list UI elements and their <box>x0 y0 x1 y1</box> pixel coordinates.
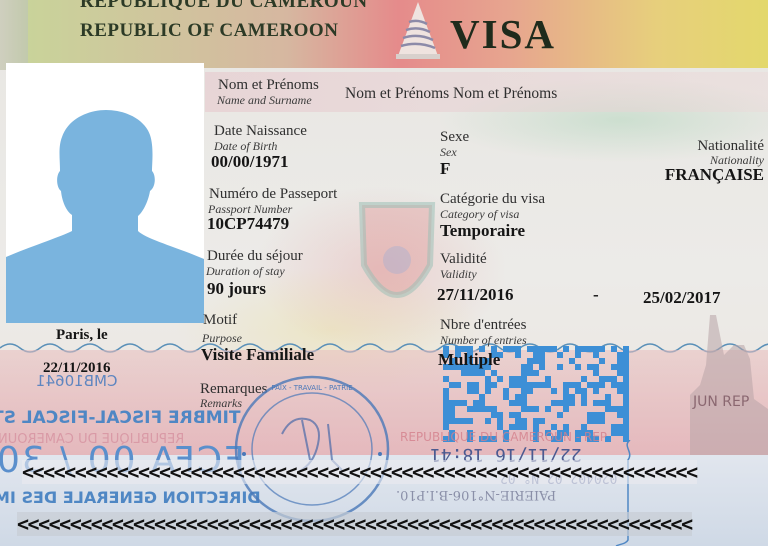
dob-label-en: Date of Birth <box>214 140 277 152</box>
fiscal-stamp-line3: DIRECTION GENERALE DES IM <box>0 488 261 507</box>
watermark-emblem-icon <box>352 185 442 335</box>
dob-label-fr: Date Naissance <box>214 124 307 139</box>
fiscal-stamp-line1: TIMBRE FISCAL-FISCAL ST <box>0 408 241 428</box>
name-value: Nom et Prénoms Nom et Prénoms <box>345 86 557 101</box>
visa-document: REPUBLIQUE DU CAMEROUN REPUBLIC OF CAMER… <box>0 0 768 546</box>
name-label-fr: Nom et Prénoms <box>218 78 319 93</box>
name-label-en: Name and Surname <box>217 94 312 106</box>
duration-label-en: Duration of stay <box>206 265 285 277</box>
duration-value: 90 jours <box>207 280 266 297</box>
category-label-en: Category of visa <box>440 208 519 220</box>
cameroon-emblem-icon <box>392 0 444 62</box>
validity-to: 25/02/2017 <box>643 289 720 306</box>
sex-value: F <box>440 160 450 177</box>
document-title: VISA <box>450 10 556 58</box>
country-name-en: REPUBLIC OF CAMEROON <box>80 20 338 42</box>
statue-overprint-text: JUN REP <box>693 394 749 410</box>
nationality-label-fr: Nationalité <box>697 139 764 154</box>
person-silhouette-icon <box>6 63 204 323</box>
mrz-line-2: <<<<<<<<<<<<<<<<<<<<<<<<<<<<<<<<<<<<<<<<… <box>17 512 692 536</box>
duration-label-fr: Durée du séjour <box>207 249 303 264</box>
passport-label-fr: Numéro de Passeport <box>209 187 337 202</box>
entries-label-en: Number of entries <box>440 334 527 346</box>
issue-place-label: Paris, le <box>56 327 108 344</box>
validity-from: 27/11/2016 <box>437 286 514 303</box>
official-seal-icon: PAIX - TRAVAIL - PATRIE <box>232 374 392 524</box>
reunification-monument-icon <box>690 305 768 455</box>
validity-label-fr: Validité <box>440 252 487 267</box>
purpose-label-fr: Motif <box>203 313 237 328</box>
fiscal-repeat-text: REPUBLIQUE DU CAMEROUN - REP <box>400 430 607 444</box>
entries-label-fr: Nbre d'entrées <box>440 318 526 333</box>
dob-value: 00/00/1971 <box>211 153 288 170</box>
mrz-line-1: <<<<<<<<<<<<<<<<<<<<<<<<<<<<<<<<<<<<<<<<… <box>22 460 697 484</box>
purpose-label-en: Purpose <box>202 332 242 344</box>
validity-label-en: Validity <box>440 268 477 280</box>
category-value: Temporaire <box>440 222 525 239</box>
fiscal-printer: PAIERIE-N°106-B.I.P10. <box>396 487 556 502</box>
country-name-fr: REPUBLIQUE DU CAMEROUN <box>80 0 368 13</box>
entries-value: Multiple <box>438 351 500 368</box>
sex-label-en: Sex <box>440 146 457 158</box>
holder-photo <box>6 63 204 323</box>
stamp-code-mirrored: CMB10641 <box>36 372 117 390</box>
purpose-value: Visite Familiale <box>201 346 314 363</box>
validity-separator: - <box>593 286 599 303</box>
category-label-fr: Catégorie du visa <box>440 192 545 207</box>
svg-text:PAIX - TRAVAIL - PATRIE: PAIX - TRAVAIL - PATRIE <box>271 384 352 392</box>
nationality-value: FRANÇAISE <box>665 166 764 183</box>
passport-value: 10CP74479 <box>207 215 289 232</box>
sex-label-fr: Sexe <box>440 130 469 145</box>
